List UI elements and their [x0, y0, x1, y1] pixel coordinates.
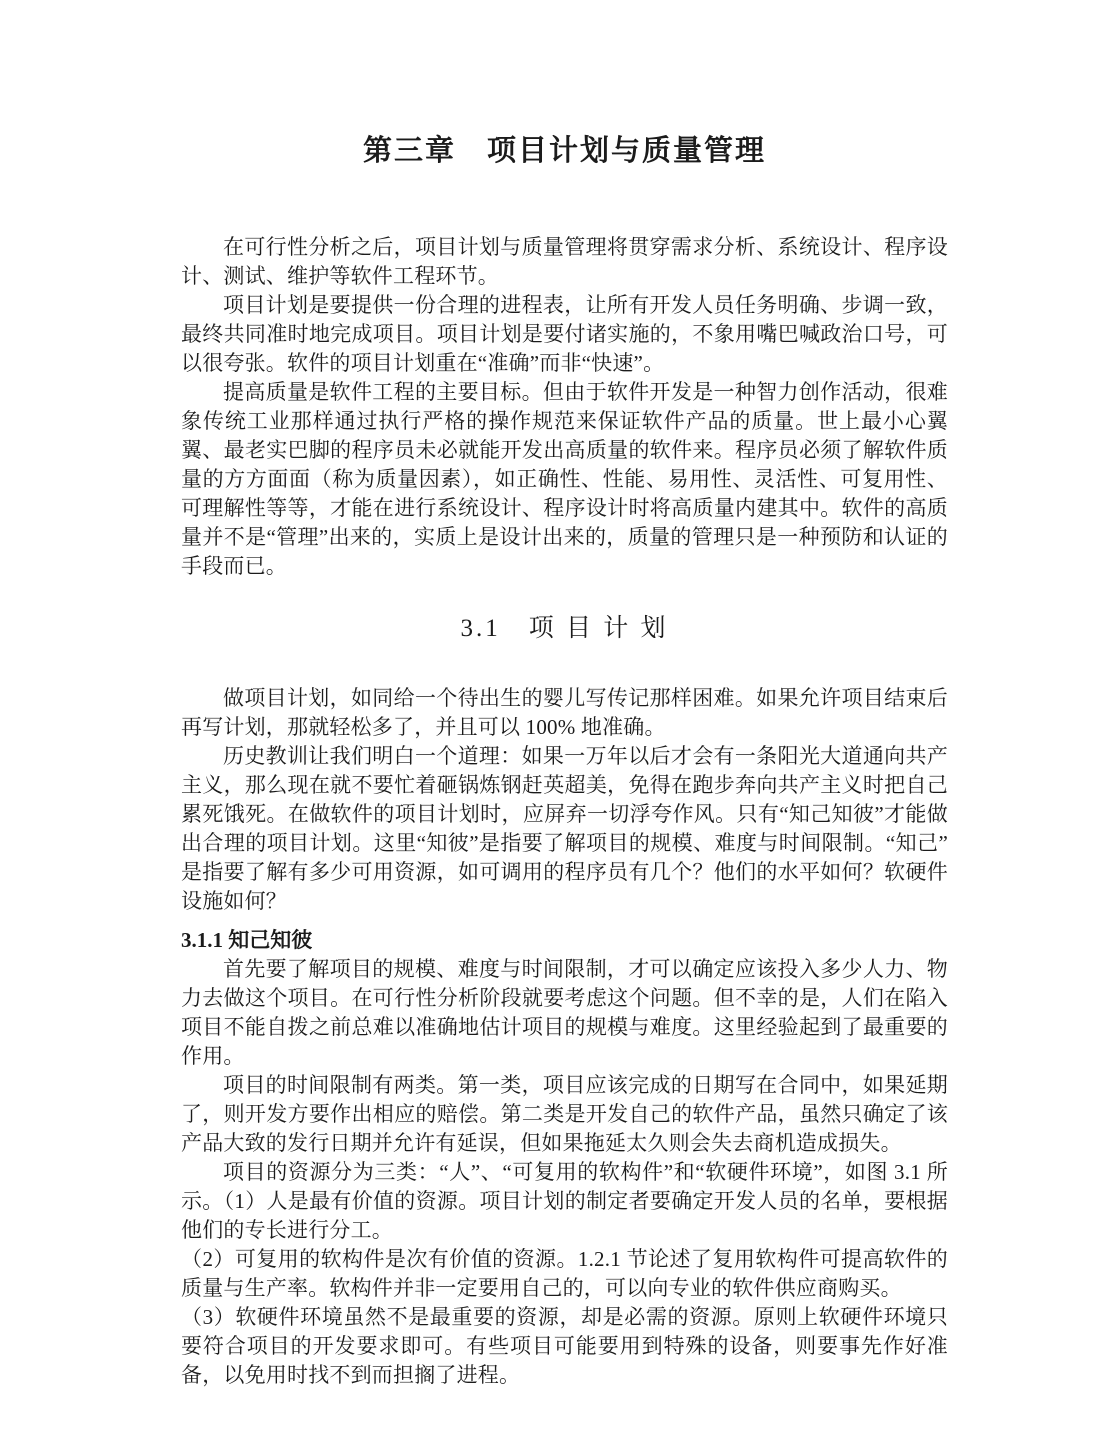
- section-3-1-heading: 3.1 项 目 计 划: [181, 608, 948, 644]
- chapter-title: 第三章 项目计划与质量管理: [181, 0, 948, 169]
- numbered-item-paragraph: （2）可复用的软构件是次有价值的资源。1.2.1 节论述了复用软构件可提高软件的…: [181, 1245, 948, 1303]
- paragraph: 项目的资源分为三类：“人”、“可复用的软构件”和“软硬件环境”，如图 3.1 所…: [181, 1158, 948, 1245]
- paragraph: 在可行性分析之后，项目计划与质量管理将贯穿需求分析、系统设计、程序设计、测试、维…: [181, 233, 948, 291]
- paragraph: 历史教训让我们明白一个道理：如果一万年以后才会有一条阳光大道通向共产主义，那么现…: [181, 742, 948, 916]
- paragraph: 项目计划是要提供一份合理的进程表，让所有开发人员任务明确、步调一致，最终共同准时…: [181, 291, 948, 378]
- numbered-item-paragraph: （3）软硬件环境虽然不是最重要的资源，却是必需的资源。原则上软硬件环境只要符合项…: [181, 1303, 948, 1390]
- paragraph: 做项目计划，如同给一个待出生的婴儿写传记那样困难。如果允许项目结束后再写计划，那…: [181, 684, 948, 742]
- text-column: 第三章 项目计划与质量管理 在可行性分析之后，项目计划与质量管理将贯穿需求分析、…: [181, 0, 948, 1390]
- paragraph: 项目的时间限制有两类。第一类，项目应该完成的日期写在合同中，如果延期了，则开发方…: [181, 1071, 948, 1158]
- document-page: 第三章 项目计划与质量管理 在可行性分析之后，项目计划与质量管理将贯穿需求分析、…: [0, 0, 1113, 1440]
- subsection-3-1-1-heading: 3.1.1 知己知彼: [181, 926, 948, 955]
- paragraph: 首先要了解项目的规模、难度与时间限制，才可以确定应该投入多少人力、物力去做这个项…: [181, 955, 948, 1071]
- paragraph: 提高质量是软件工程的主要目标。但由于软件开发是一种智力创作活动，很难象传统工业那…: [181, 378, 948, 581]
